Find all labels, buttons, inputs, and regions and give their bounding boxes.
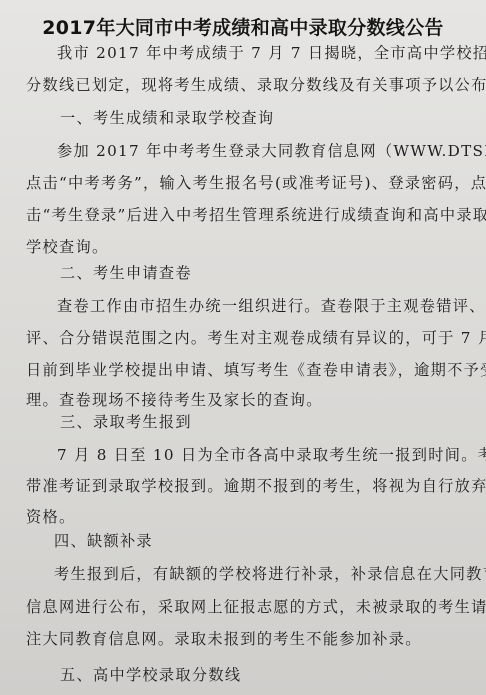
section-1-line-1: 参加 2017 年中考考生登录大同教育信息网（WWW.DTSEDU.CN） bbox=[57, 140, 486, 161]
section-3-line-1: 7 月 8 日至 10 日为全市各高中录取考生统一报到时间。考生携 bbox=[57, 444, 486, 465]
section-4-line-3: 注大同教育信息网。录取未报到的考生不能参加补录。 bbox=[26, 628, 466, 649]
section-3-line-3: 资格。 bbox=[26, 506, 466, 527]
section-1-line-4: 学校查询。 bbox=[26, 236, 466, 257]
section-4-line-1: 考生报到后，有缺额的学校将进行补录，补录信息在大同教育 bbox=[54, 563, 486, 584]
section-4-heading: 四、缺额补录 bbox=[54, 530, 486, 551]
section-5-heading: 五、高中学校录取分数线 bbox=[60, 664, 486, 685]
section-3-line-2: 带准考证到录取学校报到。逾期不报到的考生，将视为自行放弃录取 bbox=[26, 475, 466, 496]
section-2-heading: 二、考生申请查卷 bbox=[60, 262, 486, 283]
section-4-line-2: 信息网进行公布，采取网上征报志愿的方式，未被录取的考生请关 bbox=[26, 596, 466, 617]
section-2-line-3: 日前到毕业学校提出申请、填写考生《查卷申请表》，逾期不予受 bbox=[26, 359, 466, 380]
section-1-line-2: 点击“中考考务”，输入考生报名号(或准考证号)、登录密码，点 bbox=[26, 172, 466, 193]
section-2-line-4: 理。查卷现场不接待考生及家长的查询。 bbox=[26, 389, 466, 410]
intro-line-2: 分数线已划定，现将考生成绩、录取分数线及有关事项予以公布。 bbox=[26, 74, 466, 95]
section-2-line-2: 评、合分错误范围之内。考生对主观卷成绩有异议的，可于 7 月 10 bbox=[26, 327, 466, 348]
section-1-line-3: 击“考生登录”后进入中考招生管理系统进行成绩查询和高中录取 bbox=[26, 204, 466, 225]
section-3-heading: 三、录取考生报到 bbox=[60, 411, 486, 432]
document-title: 2017年大同市中考成绩和高中录取分数线公告 bbox=[0, 13, 486, 40]
section-2-line-1: 查卷工作由市招生办统一组织进行。查卷限于主观卷错评、漏 bbox=[57, 295, 486, 316]
intro-line-1: 我市 2017 年中考成绩于 7 月 7 日揭晓，全市高中学校招生录取 bbox=[57, 42, 486, 63]
section-1-heading: 一、考生成绩和录取学校查询 bbox=[60, 107, 486, 128]
document-page: 2017年大同市中考成绩和高中录取分数线公告 我市 2017 年中考成绩于 7 … bbox=[0, 0, 486, 695]
